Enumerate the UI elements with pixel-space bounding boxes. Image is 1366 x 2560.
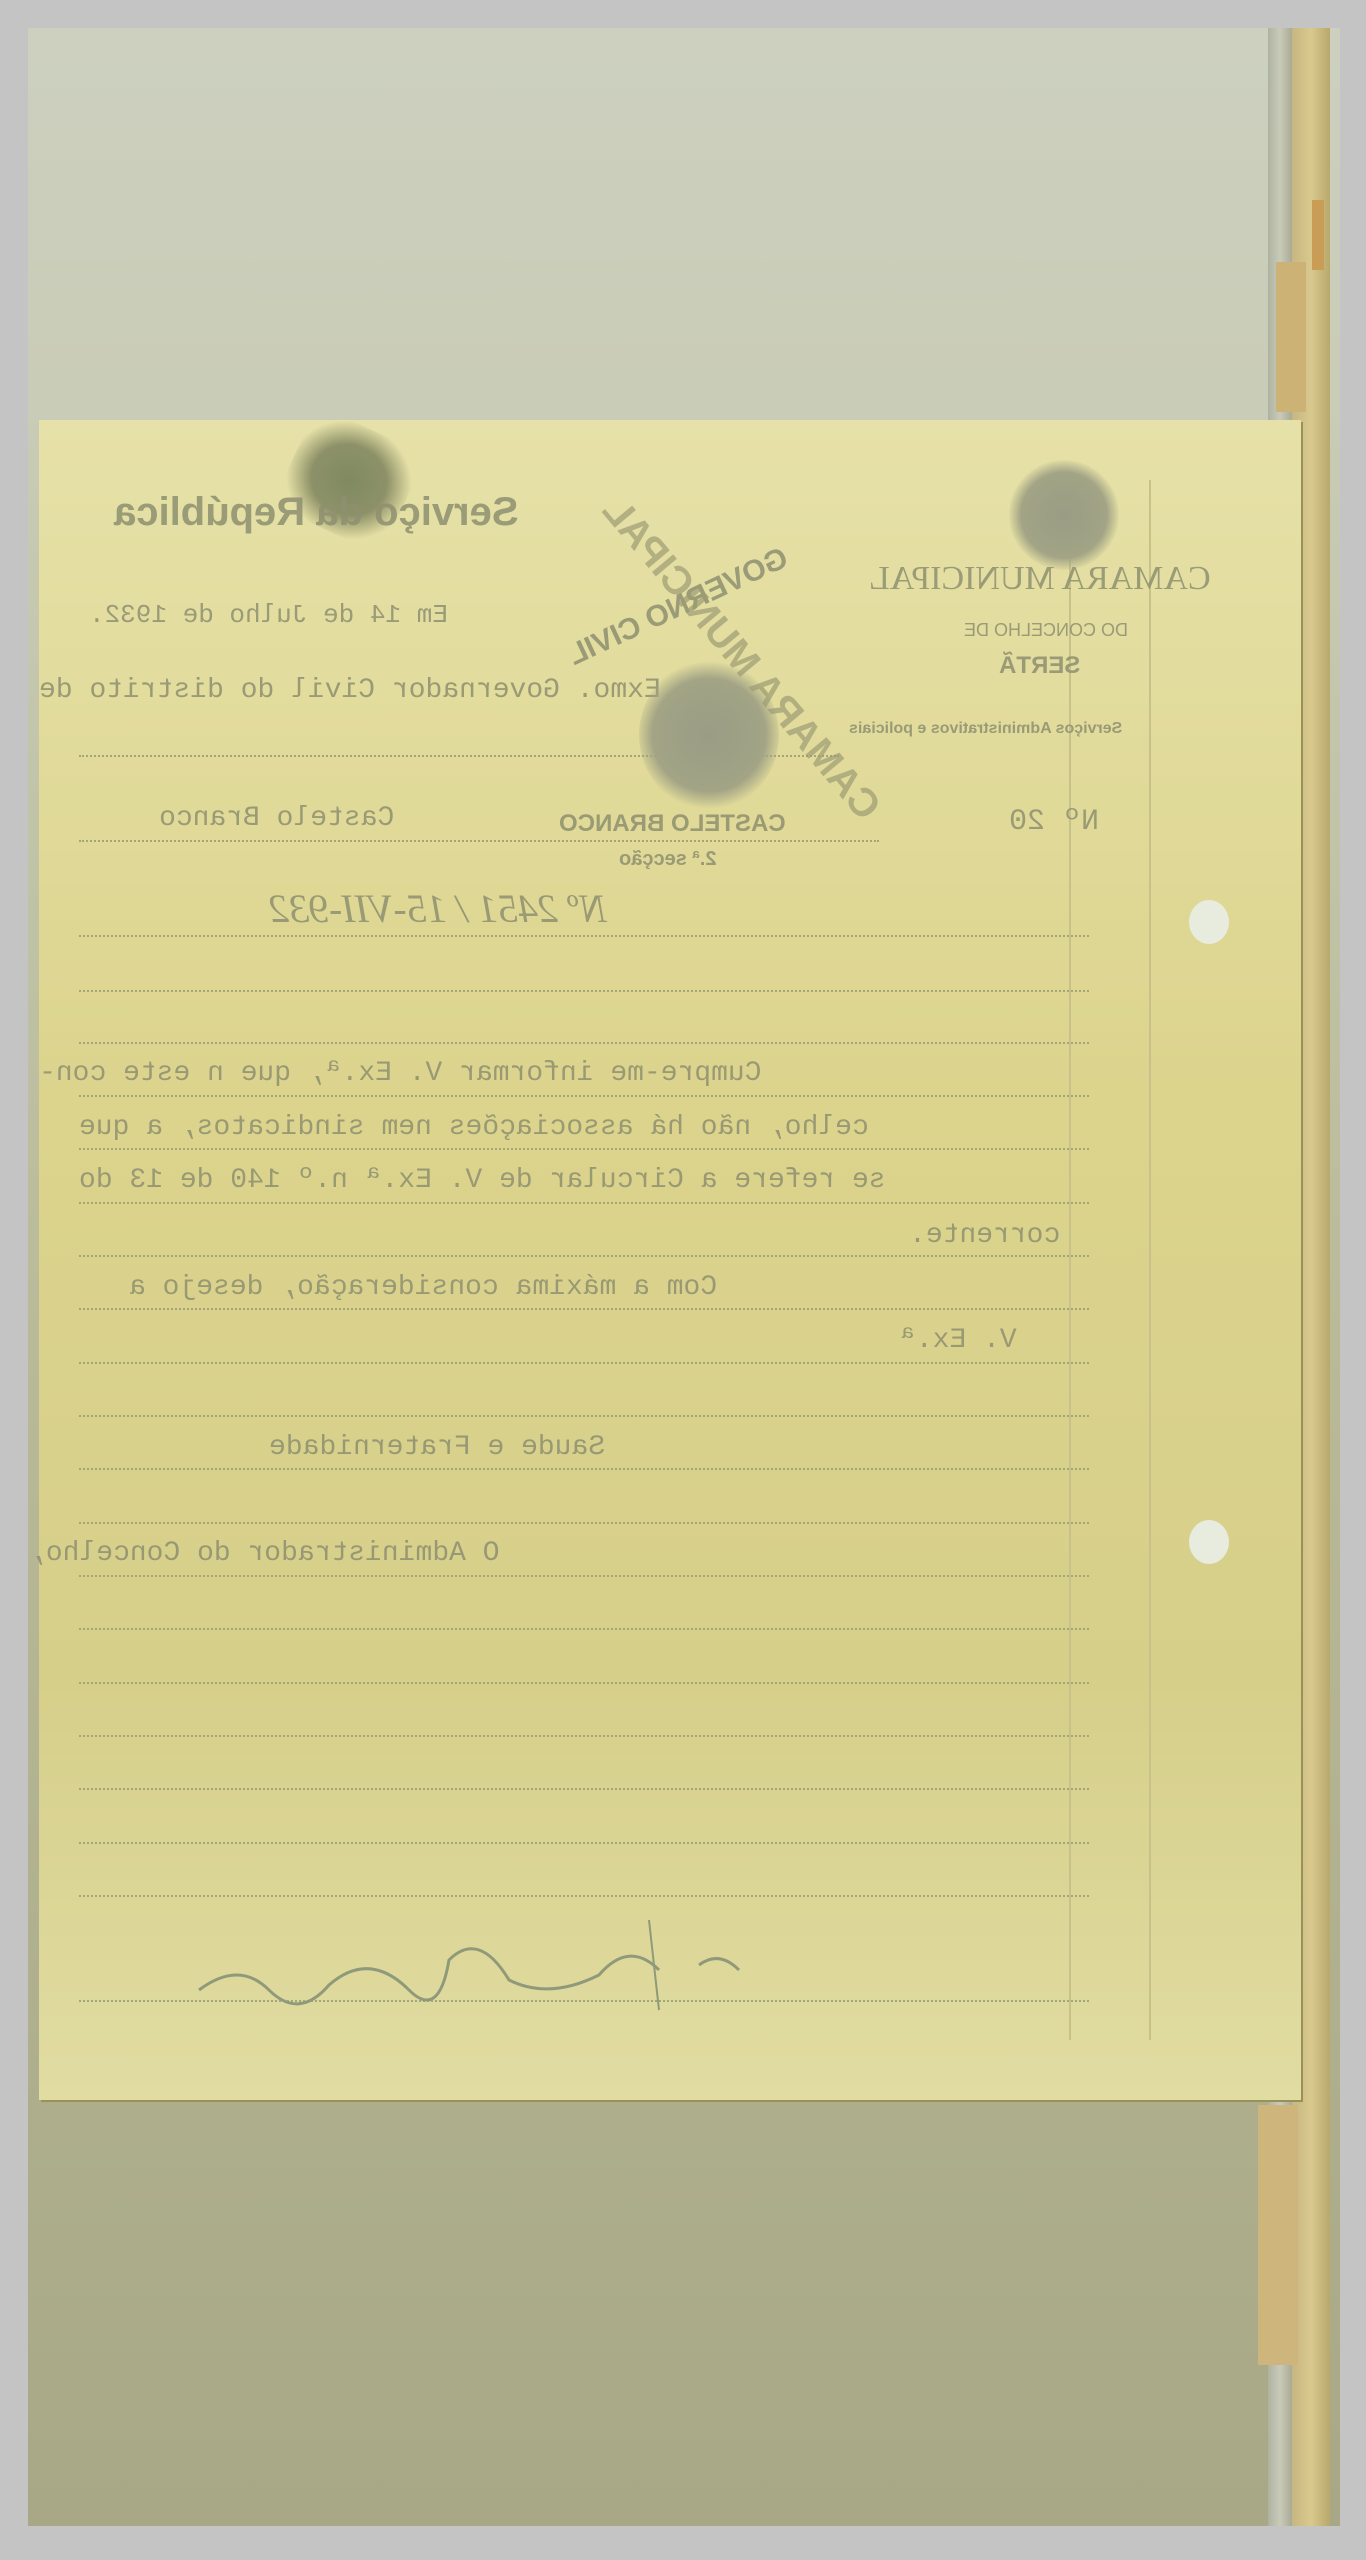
body-line: celho, não há associações nem sindicatos… — [79, 1112, 869, 1143]
date-line: Em 14 de Julho de 1932. — [89, 600, 448, 630]
letterhead-line3: SERTÃ — [999, 652, 1080, 680]
addressee-line1: Exmo. Governador Civil do distrito de — [39, 675, 661, 706]
letterhead-line1: CAMARA MUNICIPAL — [869, 560, 1211, 598]
margin-line — [1069, 480, 1071, 2040]
body-line: corrente. — [909, 1220, 1060, 1251]
folder-tab — [1258, 2105, 1298, 2365]
number-field: Nº 20 — [1009, 805, 1099, 839]
folder-tab — [1312, 200, 1324, 270]
stamp-city: CASTELO BRANCO — [559, 810, 786, 838]
body-line: Cumpre-me informar V. Ex.ª, que n este c… — [39, 1058, 762, 1089]
punch-hole — [1189, 900, 1229, 944]
signatory-title: O Administrador do Concelho, — [29, 1538, 499, 1569]
addressee-line2: Castelo Branco — [159, 803, 394, 834]
folder-tab — [1276, 262, 1306, 412]
closing: Saude e Fraternidade — [269, 1432, 605, 1463]
body-line: Com a máxima consideração, desejo a — [129, 1272, 717, 1303]
letter-sheet: Serviço da República CAMARA MUNICIPAL DO… — [39, 420, 1301, 2100]
stamp-entry: Nº 2451 / 15-VII-932 — [269, 885, 607, 932]
letterhead-line4: Serviços Administrativos e policiais — [849, 720, 1122, 738]
letterhead-line2: DO CONCELHO DE — [964, 620, 1128, 641]
body-line: se refere a Circular de V. Ex.ª n.º 140 … — [79, 1165, 886, 1196]
signature — [179, 1920, 819, 2040]
punch-hole — [1189, 1520, 1229, 1564]
stamp-section: 2.ª secção — [619, 848, 716, 871]
margin-line — [1149, 480, 1151, 2040]
body-line: V. Ex.ª — [899, 1325, 1017, 1356]
coat-of-arms-icon — [1009, 460, 1119, 570]
header-title: Serviço da República — [114, 490, 519, 535]
